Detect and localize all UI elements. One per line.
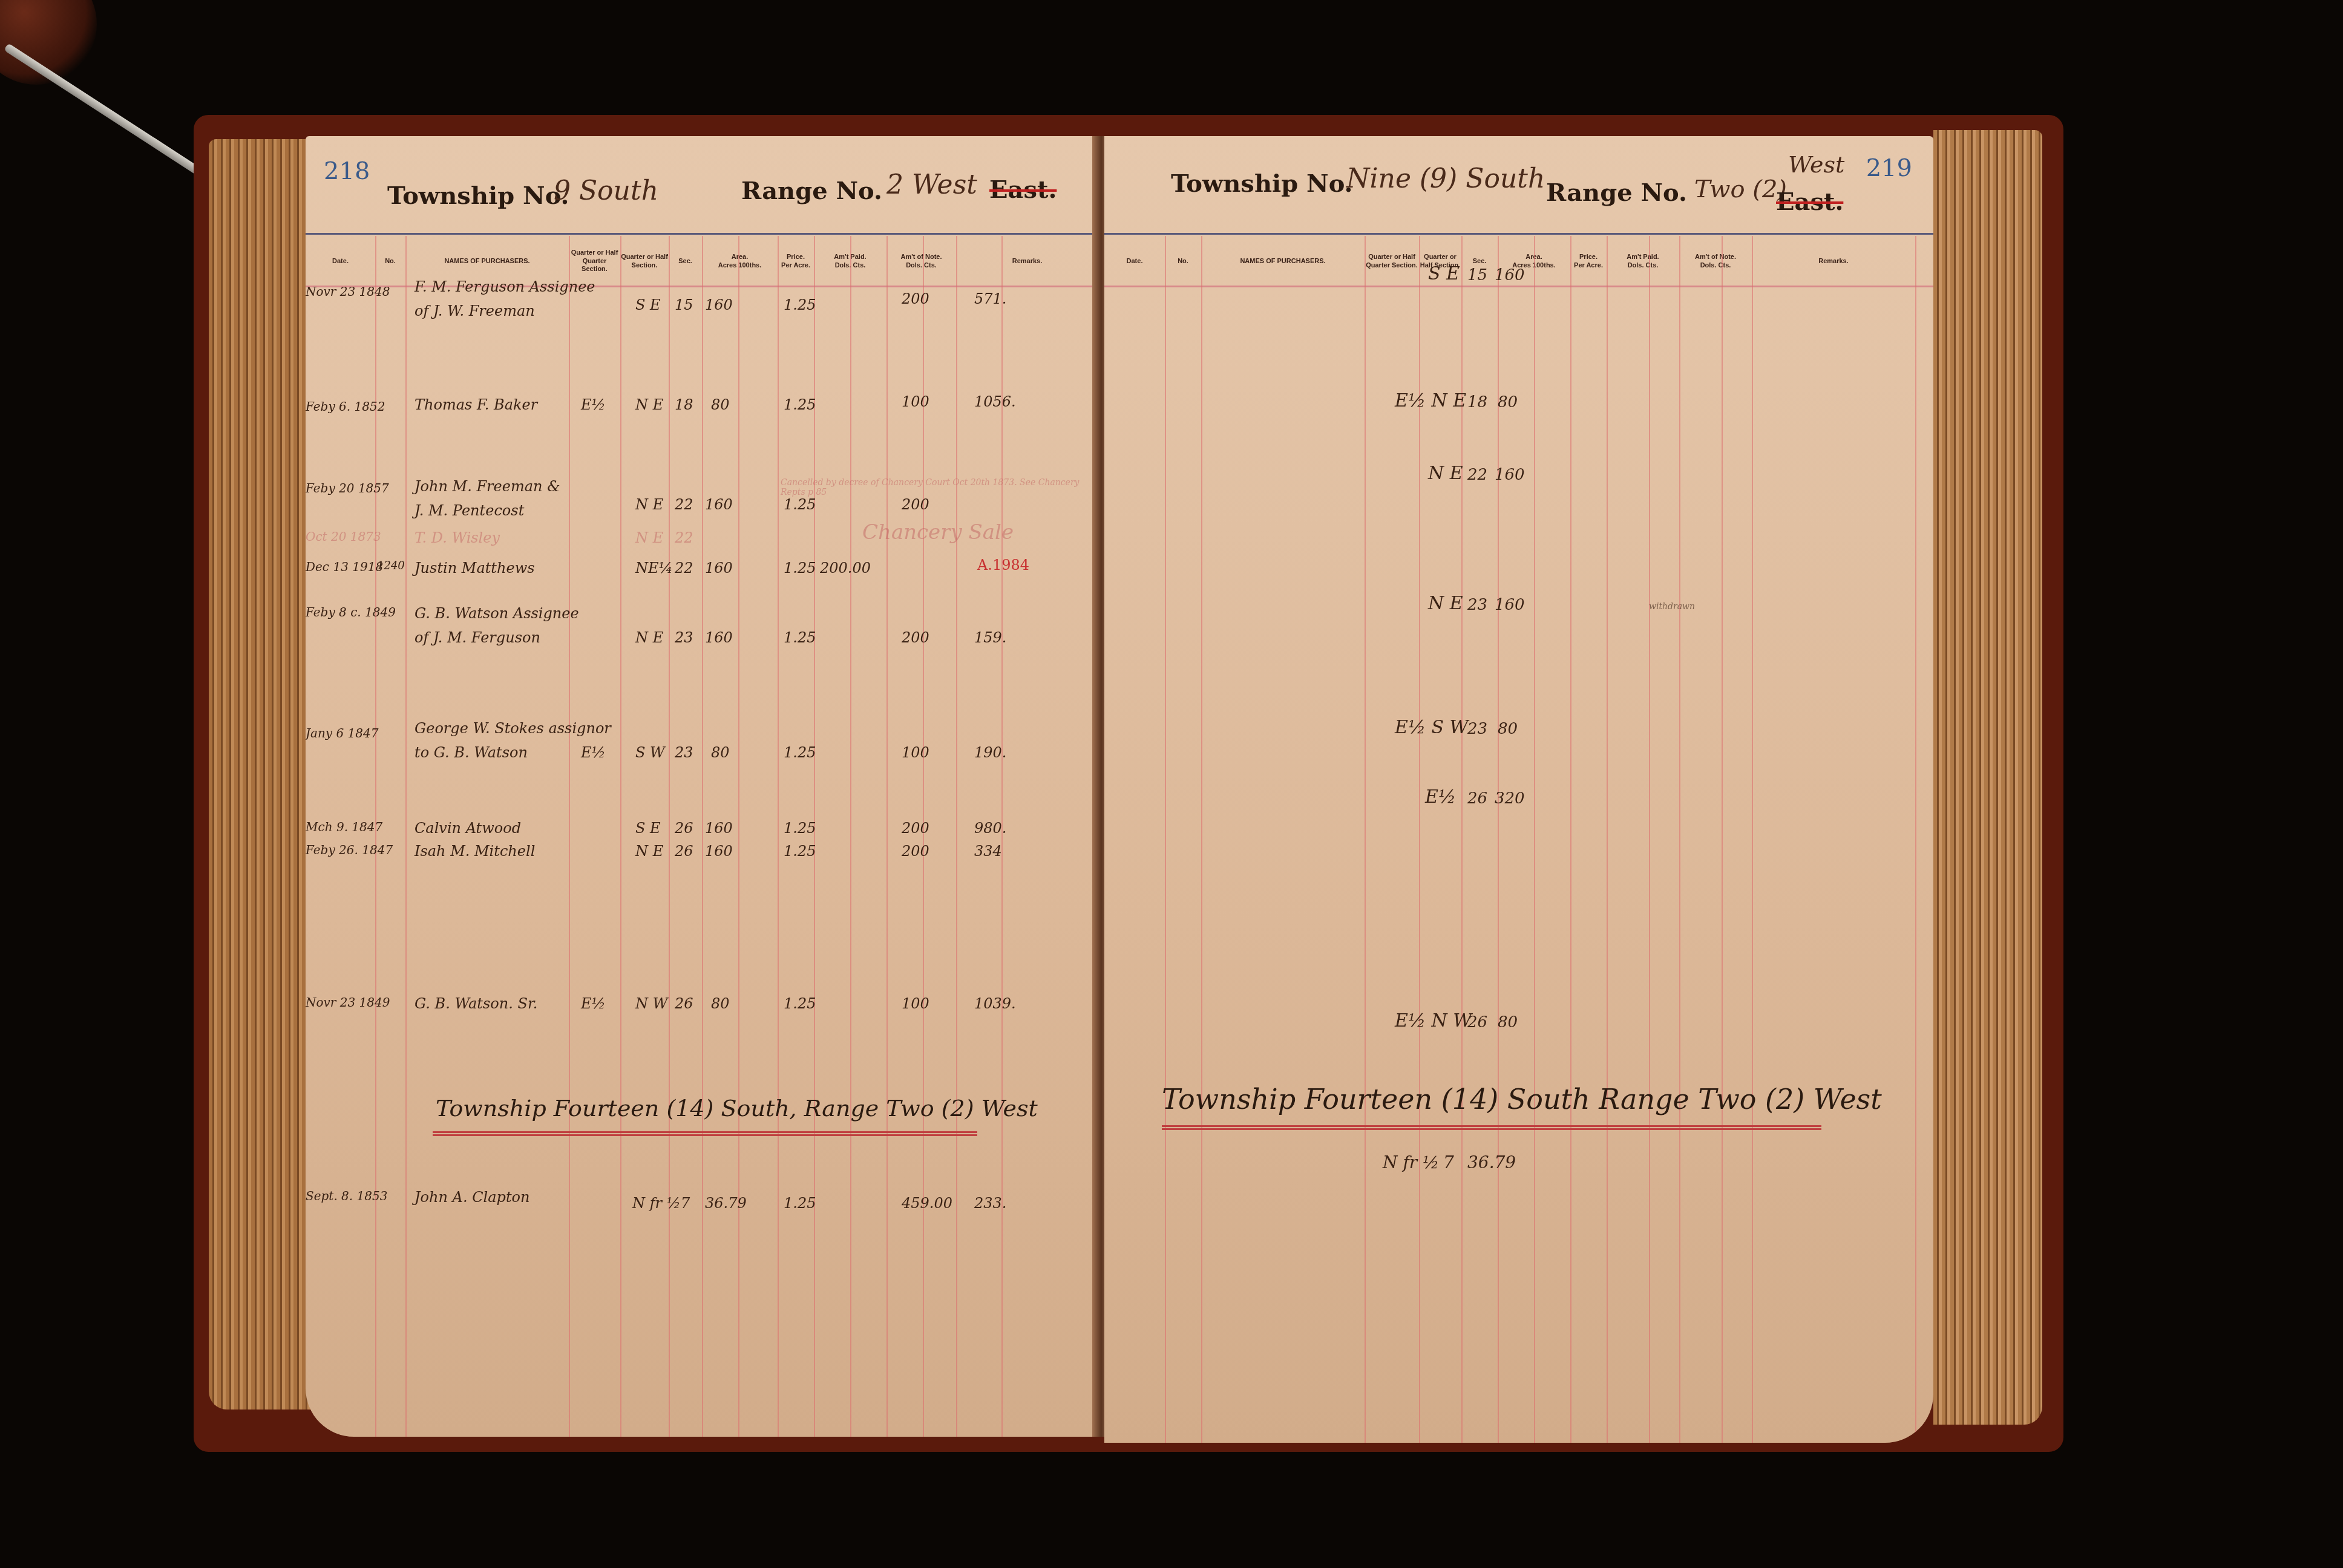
entry-acres: 80 [711, 396, 730, 413]
entry-date: Jany 6 1847 [306, 726, 378, 740]
entry-acres: 80 [711, 744, 730, 761]
col-price: Price. Per Acre. [778, 236, 814, 287]
entry-sec: 15 [675, 296, 693, 313]
page-edges-right [1933, 130, 2042, 1425]
entry-name-2: J. M. Pentecost [415, 502, 524, 519]
entry-name-2: of J. M. Ferguson [415, 629, 540, 646]
entry-remarks: 190. [974, 744, 1006, 761]
entry-note: 200 [902, 290, 929, 307]
entry-price: 1.25 [784, 820, 816, 837]
page-edges-left [209, 139, 312, 1410]
entry-part: E½ [581, 396, 606, 413]
col-area: Area. Acres 100ths. [702, 236, 778, 287]
entry-quarter: NE¼ [635, 560, 673, 577]
entry-acres: 80 [711, 995, 730, 1012]
entry-part: E½ [581, 995, 606, 1012]
col-qh: Quarter or Half Section. [620, 236, 669, 287]
subheading-underline [433, 1131, 977, 1136]
entry-date: Mch 9. 1847 [306, 820, 382, 834]
entry-quarter: S E [635, 296, 661, 313]
entry-sec: 26 [1467, 789, 1487, 808]
col-price-title: Price. [1570, 253, 1607, 262]
column-rule [1649, 236, 1650, 1443]
entry-price: 1.25 [784, 629, 816, 646]
range-direction: West [1788, 151, 1844, 178]
col-area-100ths: 100ths. [1533, 262, 1556, 269]
column-rule [1365, 236, 1366, 1443]
entry-sec: 23 [1467, 720, 1487, 738]
column-rule [1534, 236, 1535, 1443]
column-rule [405, 236, 407, 1437]
col-note-dols: Dols. [1700, 262, 1717, 269]
col-area-100ths: 100ths. [738, 262, 761, 269]
col-paid-cts: Cts. [1646, 262, 1659, 269]
col-note-cts: Cts. [924, 262, 937, 269]
entry-date: Feby 6. 1852 [306, 399, 385, 414]
entry-sec: 26 [675, 820, 693, 837]
entry-name: George W. Stokes assignor [415, 720, 611, 737]
entry-price: 1.25 [784, 995, 816, 1012]
entry-price: 1.25 [784, 843, 816, 860]
page-title-row: Township No. Nine (9) South Range No. Tw… [1104, 169, 1933, 224]
col-note-dols: Dols. [906, 262, 922, 269]
entry-acres: 80 [1498, 393, 1518, 411]
entry-sec: 22 [675, 529, 693, 546]
column-rule [620, 236, 621, 1437]
column-rule [1461, 236, 1463, 1443]
entry-quarter: N E [635, 629, 663, 646]
entry-note: 200 [902, 843, 929, 860]
entry-remarks: 980. [974, 820, 1006, 837]
entry-date: Feby 8 c. 1849 [306, 605, 396, 619]
column-rule [886, 236, 888, 1437]
col-price: Price. Per Acre. [1570, 236, 1607, 287]
col-date: Date. [306, 236, 375, 287]
entry-name: John M. Freeman & [415, 478, 560, 495]
column-rule [778, 236, 779, 1437]
entry-remarks: 1056. [974, 393, 1016, 410]
entry-note: 200 [902, 496, 929, 513]
entry-acres: 160 [705, 560, 733, 577]
entry-acres: 160 [1495, 266, 1525, 284]
column-rule [738, 236, 739, 1437]
col-date: Date. [1104, 236, 1165, 287]
entry-note: 200 [902, 820, 929, 837]
col-note-sub: Dols. Cts. [886, 262, 956, 270]
entry-sec: 26 [1467, 1013, 1487, 1031]
col-price-sub: Per Acre. [1570, 262, 1607, 270]
column-rule [1419, 236, 1420, 1443]
entry-sec: 15 [1467, 266, 1487, 284]
entry-date: Novr 23 1848 [306, 284, 390, 299]
col-paid-title: Am't Paid. [1607, 253, 1679, 262]
col-paid-cts: Cts. [853, 262, 866, 269]
entry-acres: 160 [705, 496, 733, 513]
entry-acres: 160 [705, 629, 733, 646]
entry-date: Oct 20 1873 [306, 529, 381, 544]
township-subheading: Township Fourteen (14) South, Range Two … [436, 1095, 1038, 1122]
entry-quarter: N E [1428, 463, 1463, 484]
column-rule [669, 236, 670, 1437]
entry-quarter: E½ [1425, 786, 1456, 808]
entry-sec: 18 [1467, 393, 1487, 411]
entry-quarter: N W [635, 995, 667, 1012]
column-rule [1915, 236, 1916, 1443]
col-area-sub: Acres 100ths. [702, 262, 778, 270]
township-value: 9 South [554, 175, 658, 206]
entry-sec: 22 [1467, 466, 1487, 484]
entry-sec: 26 [675, 995, 693, 1012]
left-page: 218 Township No. 9 South Range No. 2 Wes… [306, 136, 1098, 1437]
entry-acres: 320 [1495, 789, 1525, 808]
col-note: Am't of Note. Dols. Cts. [886, 236, 956, 287]
col-note-title: Am't of Note. [886, 253, 956, 262]
col-note: Am't of Note. Dols. Cts. [1679, 236, 1752, 287]
col-no: No. [375, 236, 405, 287]
column-rule [702, 236, 703, 1437]
col-remarks: Remarks. [956, 236, 1098, 287]
entry-sec: 23 [1467, 596, 1487, 614]
column-rule [1679, 236, 1680, 1443]
entry-acres: 36.79 [705, 1195, 747, 1212]
entry-note: 200 [902, 629, 929, 646]
entry-name: Justin Matthews [415, 560, 535, 577]
entry-acres: 80 [1498, 720, 1518, 738]
entry-remarks: 571. [974, 290, 1006, 307]
entry-date: Feby 20 1857 [306, 481, 389, 495]
entry-quarter: N E [635, 496, 663, 513]
entry-sec: 7 [1443, 1152, 1454, 1172]
range-value: Two (2) [1694, 175, 1787, 203]
entry-name: John A. Clapton [415, 1189, 529, 1206]
range-label: Range No. [741, 177, 882, 205]
entry-note: 100 [902, 995, 929, 1012]
col-area-acres: Acres [718, 262, 737, 269]
entry-acres: 160 [705, 296, 733, 313]
col-price-sub: Per Acre. [778, 262, 814, 270]
col-no: No. [1165, 236, 1201, 287]
header-rule [1104, 233, 1933, 235]
entry-date: Feby 26. 1847 [306, 843, 393, 857]
entry-quarter: E½ N E [1395, 390, 1466, 411]
entry-quarter: N fr ½ [1383, 1152, 1439, 1172]
range-struck-east: East. [1776, 188, 1843, 216]
col-paid-dols: Dols. [835, 262, 851, 269]
entry-remarks: 159. [974, 629, 1006, 646]
entry-remarks: 334 [974, 843, 1002, 860]
column-rule [1498, 236, 1499, 1443]
col-names: NAMES OF PURCHASERS. [1201, 236, 1365, 287]
entry-sec: 23 [675, 629, 693, 646]
entry-price: 1.25 [784, 1195, 816, 1212]
header-rule [306, 233, 1098, 235]
entry-date: Novr 23 1849 [306, 995, 390, 1010]
col-price-title: Price. [778, 253, 814, 262]
entry-quarter: S E [1428, 263, 1460, 284]
col-note-sub: Dols. Cts. [1679, 262, 1752, 270]
entry-remarks-chancery-sale: Chancery Sale [862, 520, 1014, 544]
entry-quarter: N E [635, 529, 663, 546]
entry-date: Sept. 8. 1853 [306, 1189, 387, 1203]
entry-name: Isah M. Mitchell [415, 843, 535, 860]
col-paid: Am't Paid. Dols. Cts. [1607, 236, 1679, 287]
entry-name-2: to G. B. Watson [415, 744, 528, 761]
column-rule [1201, 236, 1202, 1443]
entry-name: F. M. Ferguson Assignee [415, 278, 595, 295]
entry-quarter: S E [635, 820, 661, 837]
entry-sec: 22 [675, 496, 693, 513]
entry-quarter: S W [635, 744, 665, 761]
column-rule [1722, 236, 1723, 1443]
entry-quarter: N fr ½ [632, 1195, 681, 1212]
township-value: Nine (9) South [1346, 163, 1545, 194]
col-note-cts: Cts. [1719, 262, 1731, 269]
entry-part: E½ [581, 744, 606, 761]
entry-quarter: E½ S W [1395, 717, 1468, 738]
entry-remarks: 1039. [974, 995, 1016, 1012]
entry-price: 1.25 [784, 296, 816, 313]
township-label: Township No. [387, 181, 569, 210]
entry-sec: 23 [675, 744, 693, 761]
col-qhq: Quarter or Half Quarter Section. [1365, 236, 1419, 287]
entry-name: Calvin Atwood [415, 820, 521, 837]
entry-sec: 22 [675, 560, 693, 577]
entry-note: 100 [902, 744, 929, 761]
column-rule [850, 236, 851, 1437]
entry-acres: 160 [1495, 466, 1525, 484]
entry-remarks: 233. [974, 1195, 1006, 1212]
entry-acres: 160 [1495, 596, 1525, 614]
range-label: Range No. [1546, 178, 1687, 207]
entry-sec: 7 [681, 1195, 690, 1212]
entry-acres: 160 [705, 820, 733, 837]
entry-sec: 26 [675, 843, 693, 860]
entry-name-2: of J. W. Freeman [415, 302, 535, 319]
col-remarks: Remarks. [1752, 236, 1915, 287]
col-sec: Sec. [669, 236, 702, 287]
entry-name: G. B. Watson Assignee [415, 605, 579, 622]
entry-name: G. B. Watson. Sr. [415, 995, 537, 1012]
entry-paid: 200.00 [820, 560, 871, 577]
col-paid-dols: Dols. [1628, 262, 1644, 269]
entry-price: 1.25 [784, 396, 816, 413]
column-rule [1570, 236, 1571, 1443]
entry-acres: 36.79 [1467, 1152, 1516, 1172]
entry-name: Thomas F. Baker [415, 396, 537, 413]
entry-quarter: N E [1428, 593, 1463, 614]
entry-remarks-cancelled: Cancelled by decree of Chancery Court Oc… [781, 478, 1095, 497]
entry-note: 459.00 [902, 1195, 952, 1212]
entry-no: 1240 [377, 560, 405, 572]
column-rule [569, 236, 570, 1437]
col-paid-sub: Dols. Cts. [1607, 262, 1679, 270]
entry-sec: 18 [675, 396, 693, 413]
entry-note-faint: withdrawn [1649, 602, 1695, 612]
column-rule [1607, 236, 1608, 1443]
entry-price: 1.25 [784, 744, 816, 761]
column-rule [1165, 236, 1166, 1443]
entry-price: 1.25 [784, 560, 816, 577]
page-title-row: Township No. 9 South Range No. 2 West Ea… [306, 169, 1098, 224]
range-struck-east: East. [989, 175, 1057, 204]
entry-price: 1.25 [784, 496, 816, 513]
entry-quarter: N E [635, 843, 663, 860]
entry-note: 100 [902, 393, 929, 410]
col-note-title: Am't of Note. [1679, 253, 1752, 262]
entry-acres: 80 [1498, 1013, 1518, 1031]
right-page: 219 Township No. Nine (9) South Range No… [1104, 136, 1933, 1443]
entry-name: T. D. Wisley [415, 529, 500, 546]
entry-acres: 160 [705, 843, 733, 860]
entry-quarter: N E [635, 396, 663, 413]
township-subheading: Township Fourteen (14) South Range Two (… [1162, 1083, 1882, 1116]
township-label: Township No. [1171, 169, 1353, 198]
entry-date: Dec 13 1918 [306, 560, 383, 574]
col-area-title: Area. [702, 253, 778, 262]
column-rule [1752, 236, 1753, 1443]
column-rule [375, 236, 376, 1437]
entry-quarter: E½ N W [1395, 1010, 1472, 1031]
column-rule [956, 236, 957, 1437]
range-value: 2 West [886, 169, 977, 200]
entry-remarks: A.1984 [977, 557, 1029, 573]
subheading-underline [1162, 1125, 1821, 1130]
